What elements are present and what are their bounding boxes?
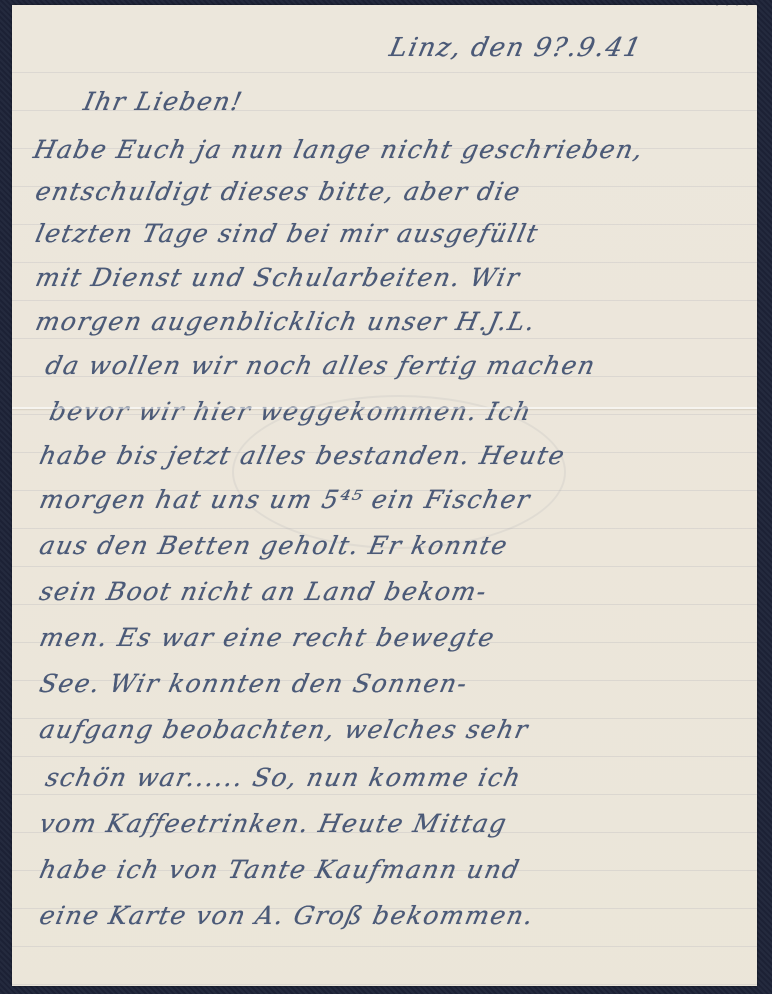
letter-line: aus den Betten geholt. Er konnte [37, 531, 511, 560]
letter-line: vom Kaffeetrinken. Heute Mittag [37, 809, 510, 838]
place-date: Linz, den 9?.9.41 [387, 33, 645, 63]
letter-line: letzten Tage sind bei mir ausgefüllt [33, 219, 542, 248]
letter-line: da wollen wir noch alles fertig machen [43, 351, 599, 380]
letter-sheet: Linz, den 9?.9.41 Ihr Lieben! Habe Euch … [12, 5, 757, 986]
letter-line: eine Karte von A. Groß bekommen. [37, 901, 537, 930]
letter-line: entschuldigt dieses bitte, aber die [33, 177, 524, 206]
letter-line: mit Dienst und Schularbeiten. Wir [33, 263, 523, 292]
letter-line: bevor wir hier weggekommen. Ich [47, 397, 535, 426]
salutation: Ihr Lieben! [81, 87, 246, 116]
letter-line: aufgang beobachten, welches sehr [37, 715, 532, 744]
letter-line: morgen augenblicklich unser H.J.L. [33, 307, 539, 336]
perforated-edge [712, 5, 757, 10]
letter-line: See. Wir konnten den Sonnen- [37, 669, 471, 698]
letter-line: habe bis jetzt alles bestanden. Heute [37, 441, 568, 470]
letter-line: morgen hat uns um 5⁴⁵ ein Fischer [37, 485, 534, 514]
letter-line: men. Es war eine recht bewegte [37, 623, 498, 652]
letter-line: sein Boot nicht an Land bekom- [37, 577, 490, 606]
letter-line: Habe Euch ja nun lange nicht geschrieben… [31, 135, 647, 164]
letter-line: schön war...... So, nun komme ich [43, 763, 525, 792]
letter-line: habe ich von Tante Kaufmann und [37, 855, 523, 884]
